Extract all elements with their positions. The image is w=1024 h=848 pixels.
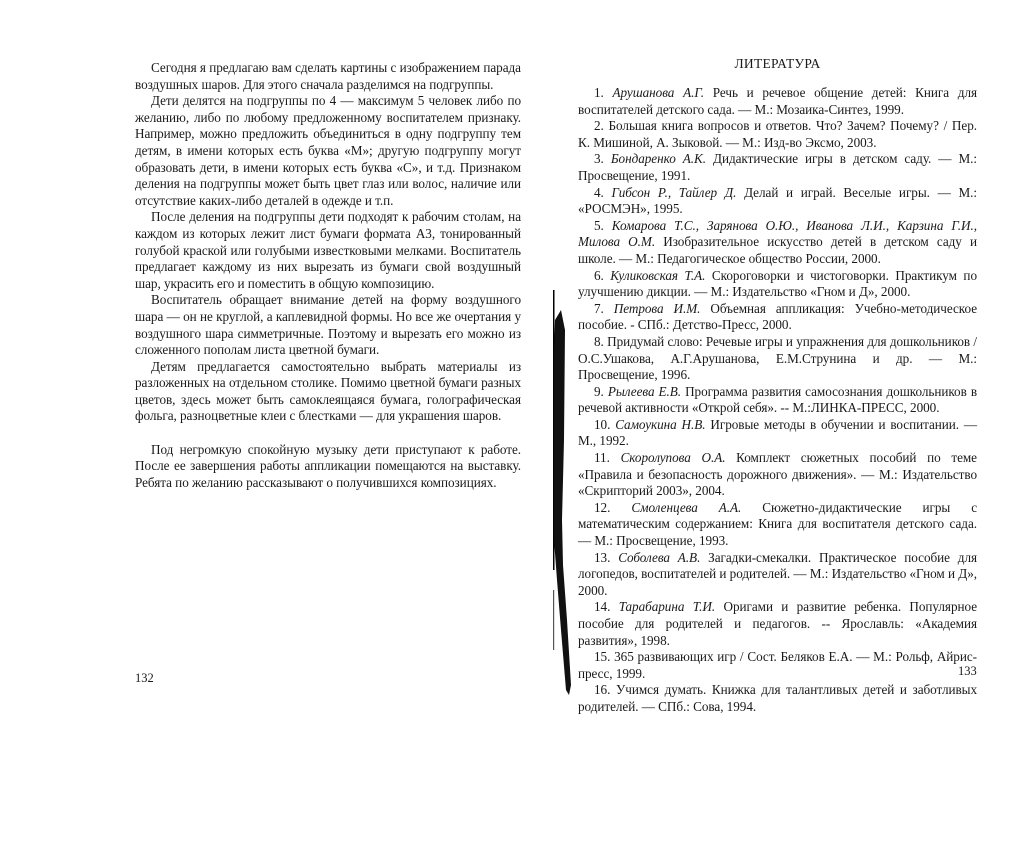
reference-number: 10. xyxy=(594,417,610,432)
paragraph: Под негромкую спокойную музыку дети прис… xyxy=(135,442,521,492)
scan-spine-shadow xyxy=(553,290,573,695)
reference-author: Смоленцева А.А. xyxy=(631,500,741,515)
reference-item: 11. Скоролупова О.А. Комплект сюжетных п… xyxy=(578,450,977,500)
reference-item: 5. Комарова Т.С., Зарянова О.Ю., Иванова… xyxy=(578,218,977,268)
page-title: ЛИТЕРАТУРА xyxy=(578,56,977,72)
reference-item: 16. Учимся думать. Книжка для талантливы… xyxy=(578,682,977,715)
reference-author: Бондаренко А.К. xyxy=(611,151,706,166)
reference-text: Придумай слово: Речевые игры и упражнени… xyxy=(578,334,977,382)
reference-number: 3. xyxy=(594,151,604,166)
reference-item: 6. Куликовская Т.А. Скороговорки и чисто… xyxy=(578,268,977,301)
reference-item: 14. Тарабарина Т.И. Оригами и развитие р… xyxy=(578,599,977,649)
paragraph: После деления на подгруппы дети подходят… xyxy=(135,209,521,292)
reference-number: 7. xyxy=(594,301,604,316)
reference-item: 1. Арушанова А.Г. Речь и речевое общение… xyxy=(578,85,977,118)
reference-item: 10. Самоукина Н.В. Игровые методы в обуч… xyxy=(578,417,977,450)
reference-author: Куликовская Т.А. xyxy=(610,268,705,283)
reference-item: 9. Рылеева Е.В. Программа развития самос… xyxy=(578,384,977,417)
paragraph: Сегодня я предлагаю вам сделать картины … xyxy=(135,60,521,93)
reference-author: Самоукина Н.В. xyxy=(615,417,705,432)
reference-number: 16. xyxy=(594,682,610,697)
reference-number: 5. xyxy=(594,218,604,233)
paragraph: Детям предлагается самостоятельно выбрат… xyxy=(135,359,521,425)
reference-text: Учимся думать. Книжка для талантливых де… xyxy=(578,682,977,714)
reference-item: 2. Большая книга вопросов и ответов. Что… xyxy=(578,118,977,151)
reference-number: 6. xyxy=(594,268,604,283)
reference-number: 2. xyxy=(594,118,604,133)
reference-item: 7. Петрова И.М. Объемная аппликация: Уче… xyxy=(578,301,977,334)
reference-item: 13. Соболева А.В. Загадки-смекалки. Прак… xyxy=(578,550,977,600)
reference-author: Скоролупова О.А. xyxy=(621,450,726,465)
reference-number: 8. xyxy=(594,334,604,349)
reference-number: 11. xyxy=(594,450,610,465)
reference-author: Рылеева Е.В. xyxy=(608,384,681,399)
reference-number: 15. xyxy=(594,649,610,664)
reference-author: Арушанова А.Г. xyxy=(613,85,705,100)
reference-list: 1. Арушанова А.Г. Речь и речевое общение… xyxy=(578,85,977,716)
reference-number: 9. xyxy=(594,384,604,399)
reference-item: 3. Бондаренко А.К. Дидактические игры в … xyxy=(578,151,977,184)
reference-text: Большая книга вопросов и ответов. Что? З… xyxy=(578,118,977,150)
reference-item: 12. Смоленцева А.А. Сюжетно-дидактически… xyxy=(578,500,977,550)
paragraph: Дети делятся на подгруппы по 4 — максиму… xyxy=(135,93,521,209)
reference-number: 12. xyxy=(594,500,610,515)
reference-item: 15. 365 развивающих игр / Сост. Беляков … xyxy=(578,649,977,682)
reference-author: Петрова И.М. xyxy=(614,301,701,316)
reference-number: 1. xyxy=(594,85,604,100)
page-number-right: 133 xyxy=(958,664,977,679)
page-number-left: 132 xyxy=(135,671,154,686)
reference-item: 4. Гибсон Р., Тайлер Д. Делай и играй. В… xyxy=(578,185,977,218)
reference-number: 13. xyxy=(594,550,610,565)
reference-author: Соболева А.В. xyxy=(618,550,700,565)
reference-item: 8. Придумай слово: Речевые игры и упражн… xyxy=(578,334,977,384)
left-page-body: Сегодня я предлагаю вам сделать картины … xyxy=(135,60,521,491)
reference-number: 14. xyxy=(594,599,610,614)
reference-text: 365 развивающих игр / Сост. Беляков Е.А.… xyxy=(578,649,977,681)
reference-author: Гибсон Р., Тайлер Д. xyxy=(612,185,737,200)
paragraph: Воспитатель обращает внимание детей на ф… xyxy=(135,292,521,358)
reference-author: Тарабарина Т.И. xyxy=(619,599,715,614)
reference-number: 4. xyxy=(594,185,604,200)
